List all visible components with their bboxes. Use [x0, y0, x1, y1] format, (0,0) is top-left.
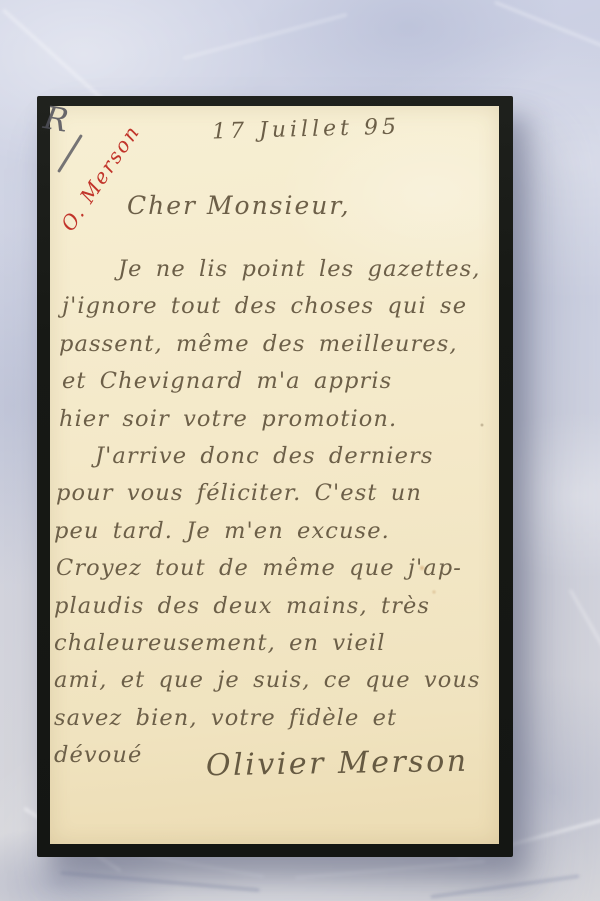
letter-line: ami, et que je suis, ce que vous — [54, 667, 499, 704]
pencil-mark: R — [41, 98, 71, 140]
letter-line: pour vous féliciter. C'est un — [54, 480, 499, 517]
letter-line: savez bien, votre fidèle et — [54, 705, 499, 742]
letter-line: passent, même des meilleures, — [54, 331, 499, 368]
letter-line: hier soir votre promotion. — [54, 406, 499, 443]
letter-line: Je ne lis point les gazettes, — [54, 256, 499, 293]
letter-line: J'arrive donc des derniers — [54, 443, 499, 480]
letter-date: 17 Juillet 95 — [212, 115, 401, 145]
pencil-stroke — [57, 134, 83, 173]
letter-salutation: Cher Monsieur, — [127, 191, 351, 220]
letter-paper: R O. Merson 17 Juillet 95 Cher Monsieur,… — [50, 106, 499, 844]
letter-line: j'ignore tout des choses qui se — [54, 293, 499, 330]
letter-line: et Chevignard m'a appris — [54, 368, 499, 405]
closing-row: dévoué Olivier Merson — [54, 742, 499, 781]
black-mount-card: R O. Merson 17 Juillet 95 Cher Monsieur,… — [37, 96, 513, 857]
photo-of-letter: R O. Merson 17 Juillet 95 Cher Monsieur,… — [0, 0, 600, 901]
letter-closing: dévoué — [54, 742, 142, 768]
letter-body: Je ne lis point les gazettes, j'ignore t… — [54, 256, 499, 781]
letter-line: chaleureusement, en vieil — [54, 630, 499, 667]
signature: Olivier Merson — [206, 744, 469, 784]
letter-line: plaudis des deux mains, très — [54, 593, 499, 630]
letter-line: Croyez tout de même que j'ap- — [54, 555, 499, 592]
letter-line: peu tard. Je m'en excuse. — [54, 518, 499, 555]
